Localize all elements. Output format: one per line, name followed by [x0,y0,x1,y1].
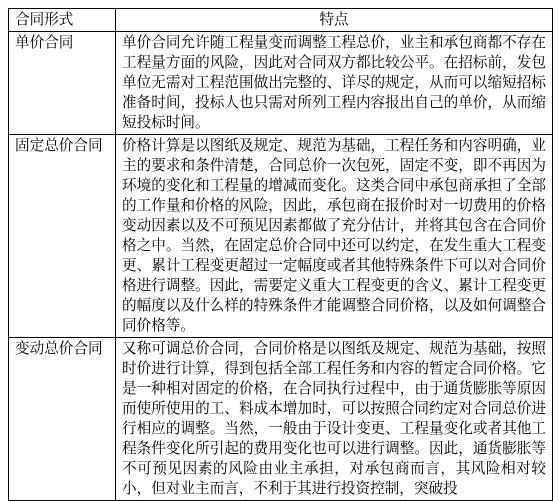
header-contract-form: 合同形式 [9,9,116,32]
feature-cell: 价格计算是以图纸及规定、规范为基础，工程任务和内容明确，业主的要求和条件清楚，合… [116,135,553,338]
table-header-row: 合同形式 特点 [9,9,553,32]
table-row-fixed-lump-sum-contract: 固定总价合同 价格计算是以图纸及规定、规范为基础，工程任务和内容明确，业主的要求… [9,135,553,338]
feature-cell: 又称可调总价合同，合同价格是以图纸及规定、规范为基础，按照时价进行计算，得到包括… [116,338,553,494]
contract-table-container: 合同形式 特点 单价合同 单价合同允许随工程量变而调整工程总价，业主和承包商都不… [8,8,552,493]
contract-form-cell: 变动总价合同 [9,338,116,494]
contract-form-cell: 固定总价合同 [9,135,116,338]
table-row-variable-lump-sum-contract: 变动总价合同 又称可调总价合同，合同价格是以图纸及规定、规范为基础，按照时价进行… [9,338,553,494]
table-row-unit-price-contract: 单价合同 单价合同允许随工程量变而调整工程总价，业主和承包商都不存在工程量方面的… [9,32,553,135]
contract-form-cell: 单价合同 [9,32,116,135]
feature-cell: 单价合同允许随工程量变而调整工程总价，业主和承包商都不存在工程量方面的风险，因此… [116,32,553,135]
header-feature: 特点 [116,9,553,32]
contract-types-table: 合同形式 特点 单价合同 单价合同允许随工程量变而调整工程总价，业主和承包商都不… [8,8,553,493]
